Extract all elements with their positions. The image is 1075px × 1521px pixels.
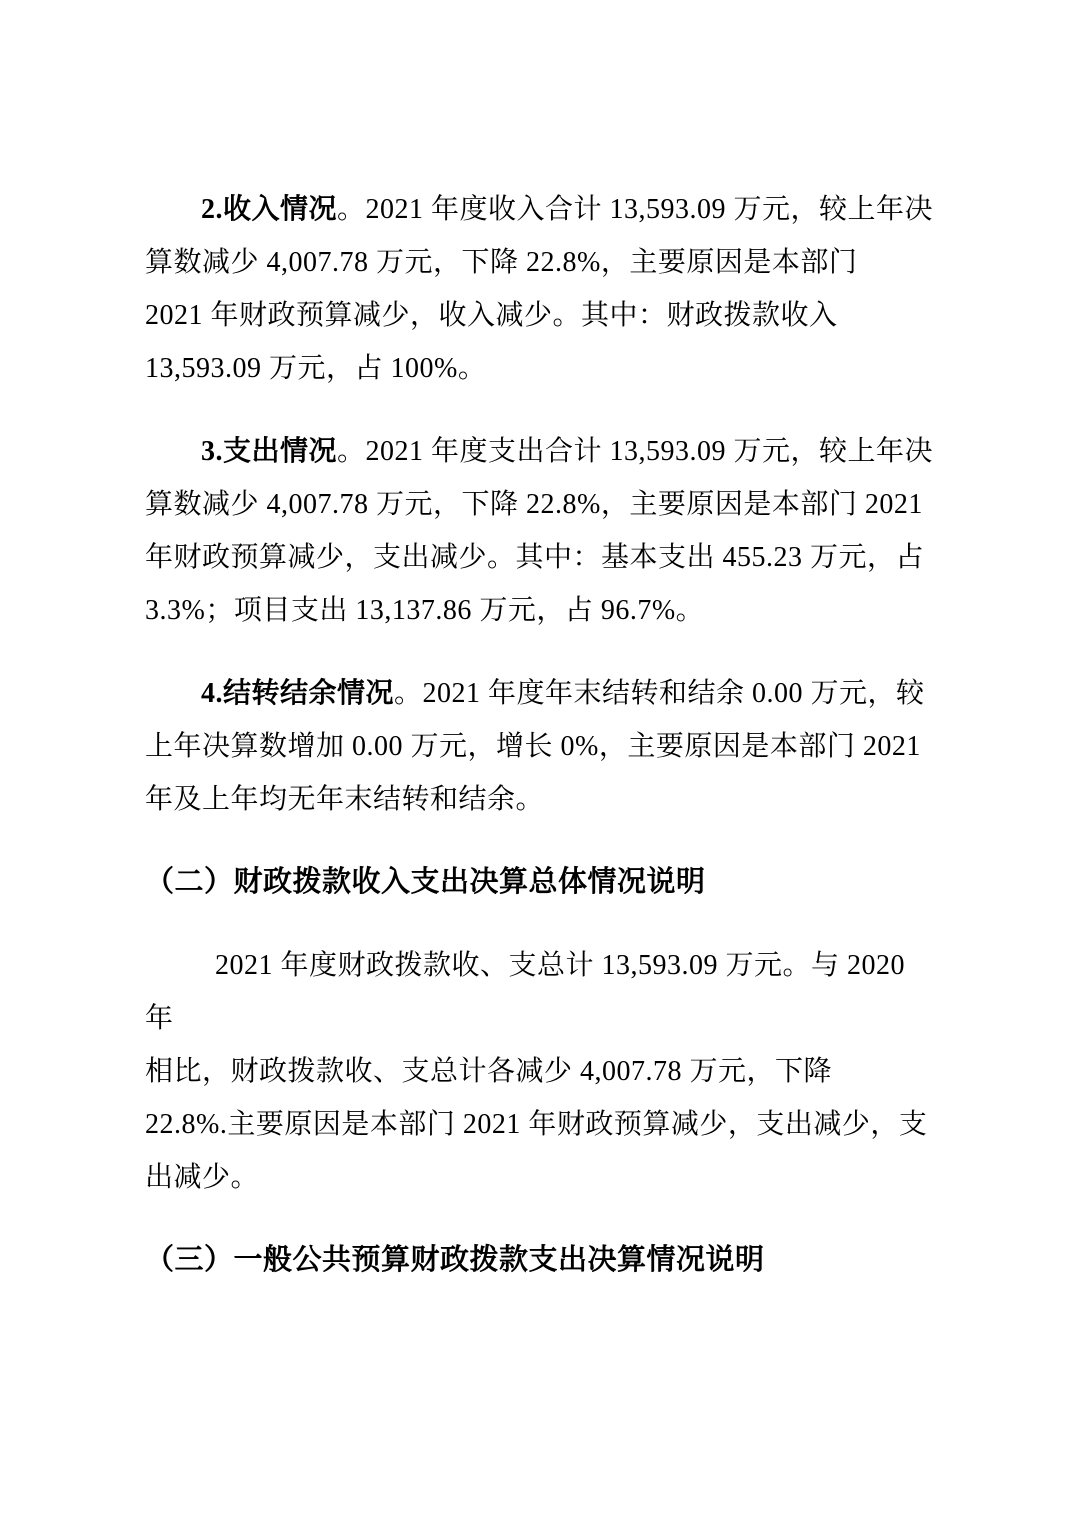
paragraph-expenditure-lead: 3.支出情况: [201, 436, 337, 467]
document-page: 2.收入情况。2021 年度收入合计 13,593.09 万元，较上年决 算数减…: [0, 0, 1075, 1521]
paragraph-expenditure-situation: 3.支出情况。2021 年度支出合计 13,593.09 万元，较上年决 算数减…: [145, 425, 940, 637]
paragraph-income-lead: 2.收入情况: [201, 194, 337, 225]
paragraph-fiscal-total-body: 2021 年度财政拨款收、支总计 13,593.09 万元。与 2020 年 相…: [145, 950, 927, 1193]
paragraph-carryover-lead: 4.结转结余情况: [201, 678, 394, 709]
paragraph-income-situation: 2.收入情况。2021 年度收入合计 13,593.09 万元，较上年决 算数减…: [145, 183, 940, 395]
paragraph-carryover-situation: 4.结转结余情况。2021 年度年末结转和结余 0.00 万元，较 上年决算数增…: [145, 667, 940, 826]
heading-section-three-public-budget: （三）一般公共预算财政拨款支出决算情况说明: [145, 1234, 940, 1287]
heading-section-two-fiscal-appropriation: （二）财政拨款收入支出决算总体情况说明: [145, 856, 940, 909]
document-content: 2.收入情况。2021 年度收入合计 13,593.09 万元，较上年决 算数减…: [145, 183, 940, 1317]
paragraph-fiscal-appropriation-total: 2021 年度财政拨款收、支总计 13,593.09 万元。与 2020 年 相…: [145, 939, 940, 1204]
